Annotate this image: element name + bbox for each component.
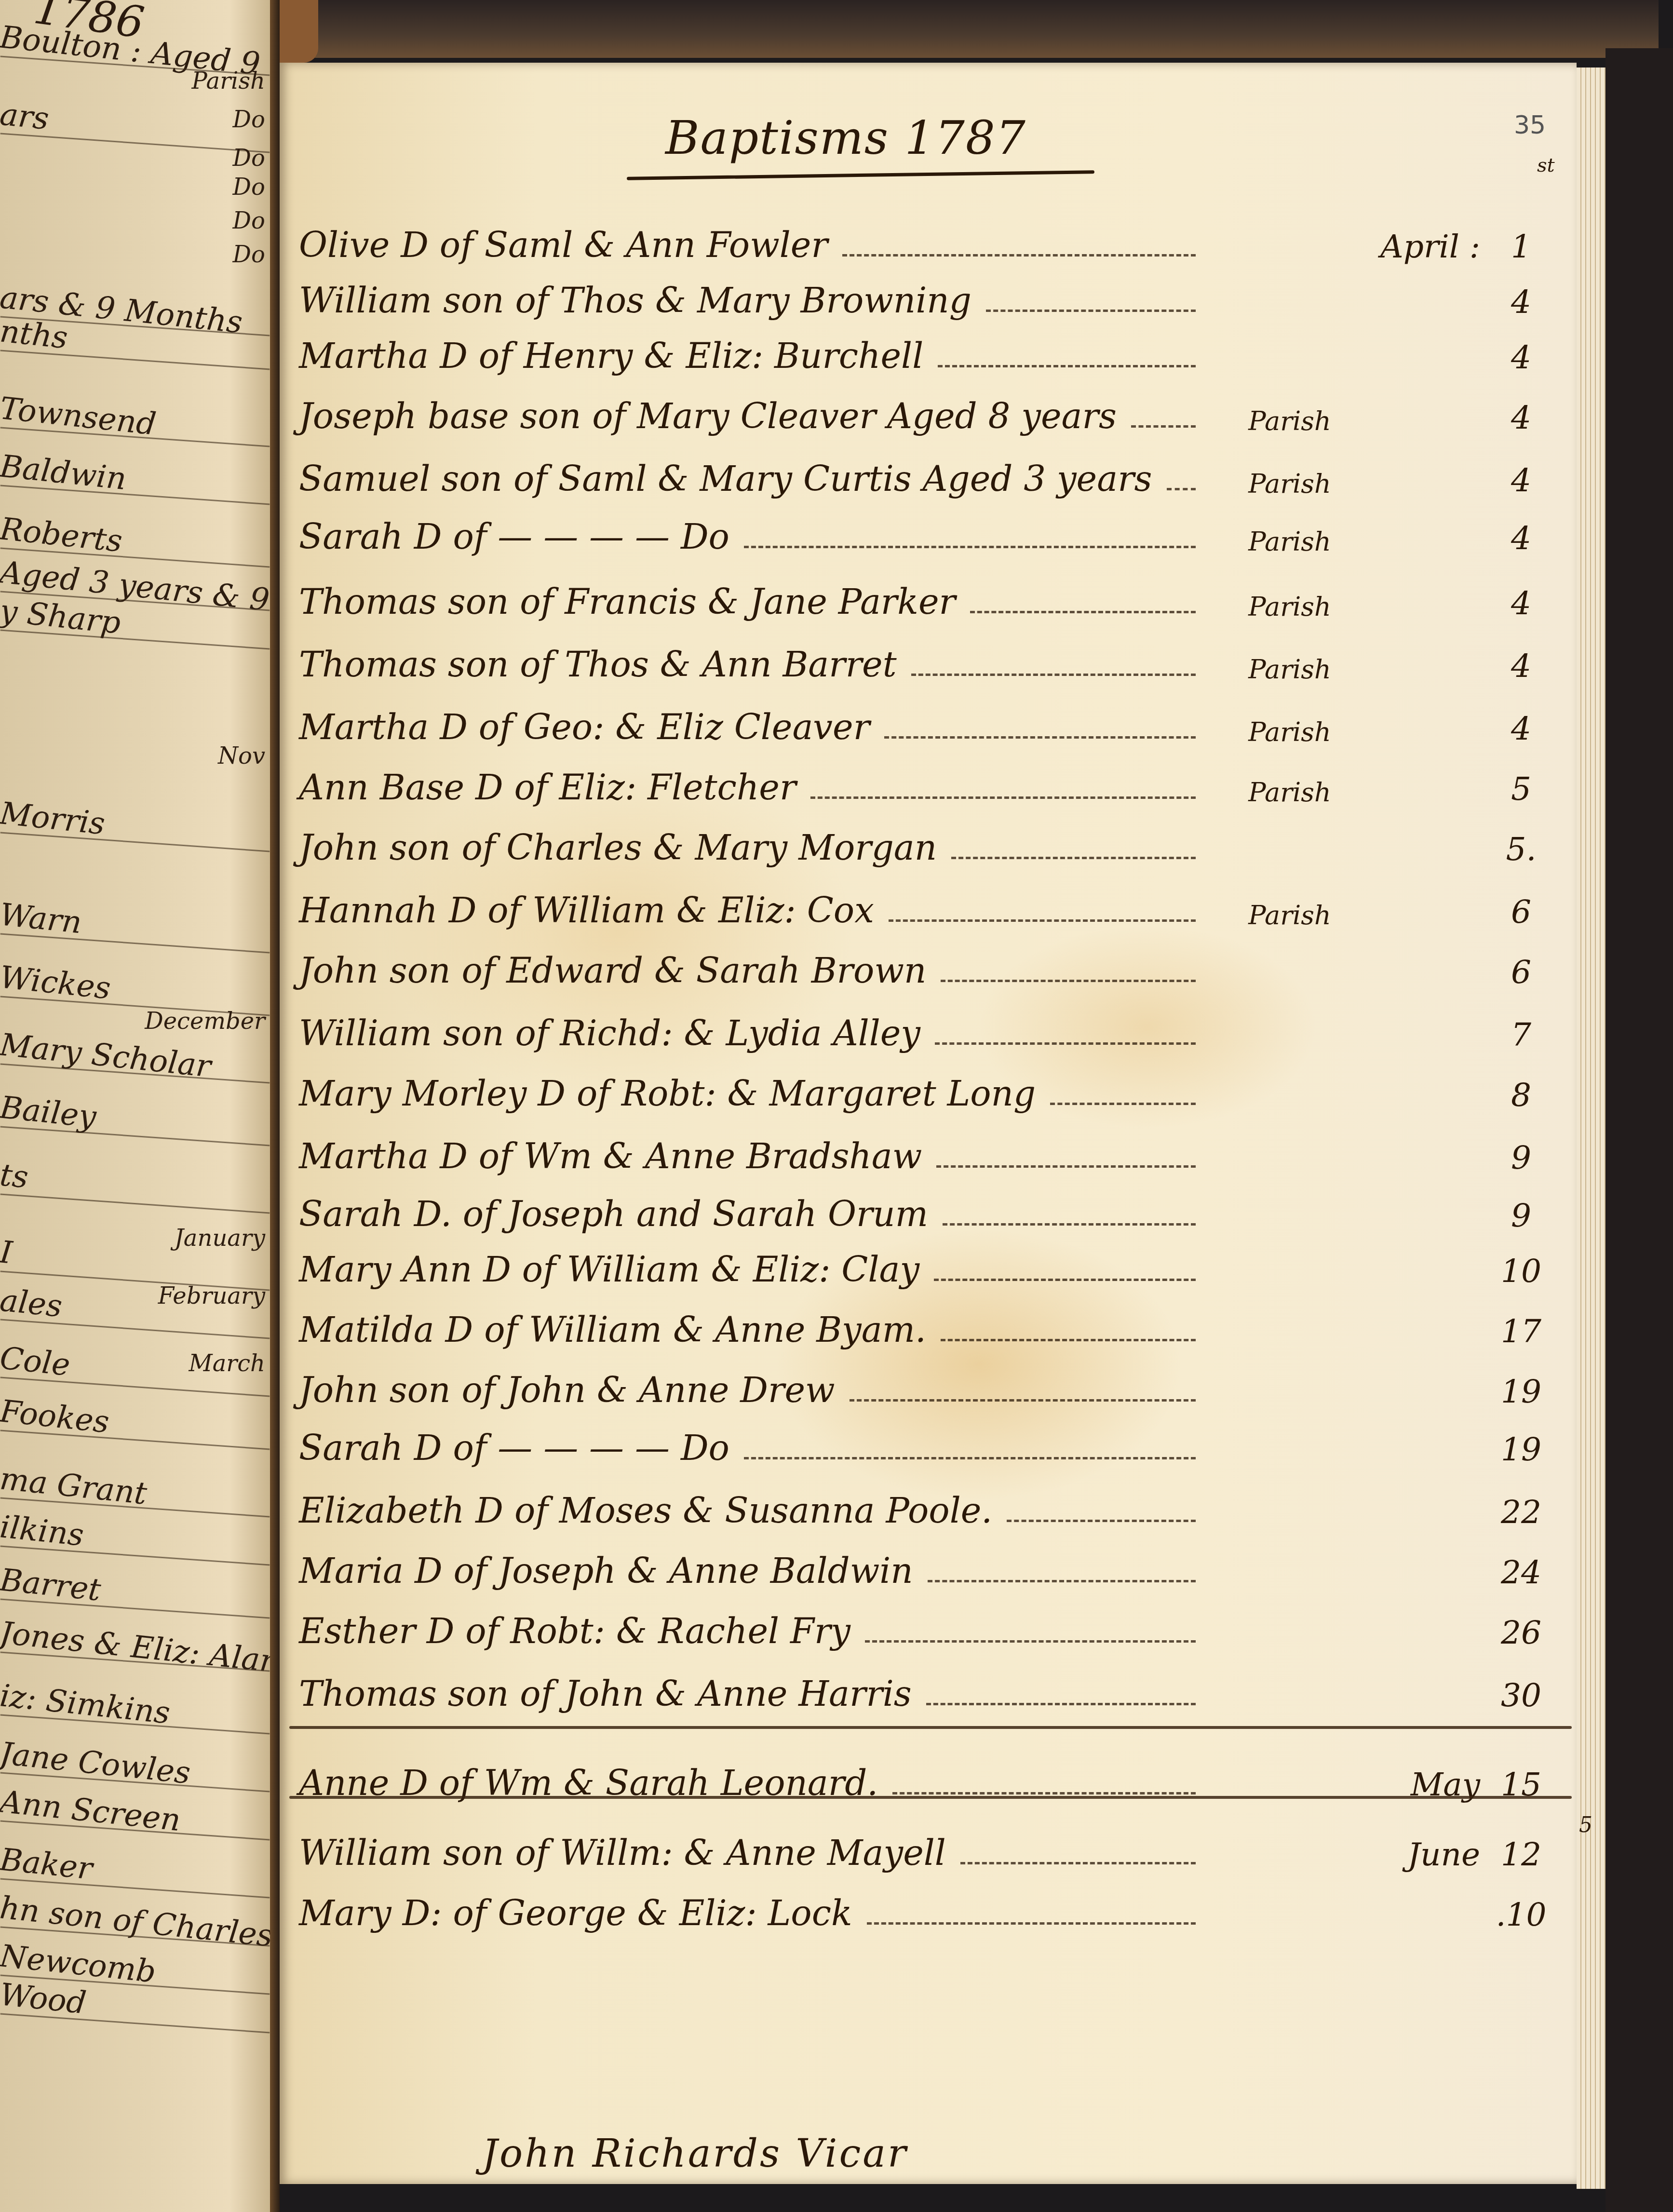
dash-leader: [928, 1580, 1196, 1582]
baptism-entry: Matilda D of William & Anne Byam.17: [299, 1287, 1552, 1350]
entry-name-text: William son of Richd: & Lydia Alley: [299, 1013, 920, 1053]
dash-leader: [970, 611, 1196, 613]
left-page-date: Do: [233, 207, 265, 234]
folio-number: 35: [1514, 111, 1546, 140]
ruled-line: [0, 832, 270, 852]
book-cover-top-edge: [212, 0, 1659, 58]
entry-day: 30: [1490, 1677, 1552, 1714]
parish-note: Parish: [1210, 900, 1369, 931]
baptism-entry: Mary Ann D of William & Eliz: Clay10: [299, 1227, 1552, 1290]
entry-day: 4: [1490, 585, 1552, 622]
dash-leader: [842, 254, 1196, 256]
dash-leader: [810, 796, 1196, 799]
baptism-entry: Joseph base son of Mary Cleaver Aged 8 y…: [299, 374, 1552, 436]
entry-name-text: Martha D of Geo: & Eliz Cleaver: [299, 707, 870, 747]
ruled-line: [0, 133, 270, 153]
baptism-entry: William son of Richd: & Lydia Alley7: [299, 991, 1552, 1053]
left-page-entry: ales: [0, 1282, 64, 1324]
left-page-date: Do: [233, 106, 265, 133]
left-page-entry: Cole: [0, 1340, 72, 1383]
entry-day: .10: [1490, 1896, 1552, 1933]
dash-leader: [884, 736, 1196, 739]
left-page-entry: iz: Simkins: [0, 1678, 172, 1731]
parish-note: Parish: [1210, 777, 1369, 808]
left-page-entry: Jones & Eliz: Alan: [0, 1615, 273, 1680]
baptism-entry: Ann Base D of Eliz: FletcherParish5: [299, 745, 1552, 808]
left-page-entry: nths: [0, 313, 69, 356]
left-page-date: Parish: [191, 67, 265, 94]
dash-leader: [960, 1862, 1196, 1864]
entry-day: 7: [1490, 1016, 1552, 1053]
entry-name-text: Maria D of Joseph & Anne Baldwin: [299, 1551, 913, 1591]
entry-name-text: Joseph base son of Mary Cleaver Aged 8 y…: [299, 396, 1117, 436]
month-divider-line: [289, 1796, 1572, 1799]
ruled-line: [0, 350, 270, 370]
dash-leader: [935, 1042, 1196, 1045]
dash-leader: [892, 1792, 1196, 1794]
margin-mark: 5: [1579, 1813, 1592, 1837]
entry-day: 10: [1490, 1253, 1552, 1290]
left-page-date: Nov: [218, 742, 265, 769]
baptism-entry: William son of Willm: & Anne MayellJune1…: [299, 1810, 1552, 1873]
left-page-entry: ts: [0, 1157, 30, 1196]
entry-day: 4: [1490, 339, 1552, 376]
baptism-entry: Maria D of Joseph & Anne Baldwin24: [299, 1528, 1552, 1591]
entry-day: 4: [1490, 710, 1552, 747]
ruled-line: [0, 1126, 270, 1146]
entry-name-text: Thomas son of Francis & Jane Parker: [299, 581, 956, 622]
baptism-entry: William son of Thos & Mary Browning4: [299, 258, 1552, 321]
parish-note: Parish: [1210, 717, 1369, 747]
entry-day: 4: [1490, 520, 1552, 557]
entry-name-text: John son of Charles & Mary Morgan: [299, 827, 937, 868]
baptism-entry: Sarah D of — — — — Do19: [299, 1405, 1552, 1468]
entry-day: 4: [1490, 399, 1552, 436]
ruled-line: [0, 629, 270, 649]
left-page-date: January: [175, 1225, 265, 1252]
baptism-entry: Elizabeth D of Moses & Susanna Poole.22: [299, 1468, 1552, 1531]
entry-day: 5.: [1490, 831, 1552, 868]
entry-day: 5: [1490, 770, 1552, 808]
baptism-entry: Olive D of Saml & Ann FowlerApril :1: [299, 202, 1552, 265]
entry-month: June: [1369, 1836, 1480, 1873]
entry-name-text: Thomas son of John & Anne Harris: [299, 1673, 912, 1714]
day-ordinal-suffix: st: [1537, 154, 1555, 176]
entry-name-text: Martha D of Wm & Anne Bradshaw: [299, 1136, 922, 1176]
left-page-entry: Jane Cowles: [0, 1736, 192, 1791]
book-cover-right-edge: [1606, 48, 1673, 2212]
ruled-line: [0, 1598, 270, 1619]
entry-name-text: John son of John & Anne Drew: [299, 1370, 835, 1410]
left-page-date: Do: [233, 241, 265, 268]
left-page-entry: Townsend: [0, 391, 158, 443]
entry-name-text: Esther D of Robt: & Rachel Fry: [299, 1611, 850, 1651]
entry-name-text: Samuel son of Saml & Mary Curtis Aged 3 …: [299, 459, 1152, 499]
parish-note: Parish: [1210, 654, 1369, 685]
entry-name-text: Mary Morley D of Robt: & Margaret Long: [299, 1073, 1036, 1114]
baptism-entry: Martha D of Wm & Anne Bradshaw9: [299, 1114, 1552, 1176]
left-page-date: December: [145, 1008, 265, 1035]
dash-leader: [865, 1640, 1196, 1643]
left-page-entry: ma Grant: [0, 1461, 148, 1512]
parish-note: Parish: [1210, 406, 1369, 436]
baptism-entry: Thomas son of John & Anne Harris30: [299, 1651, 1552, 1714]
baptism-entry: Anne D of Wm & Sarah Leonard.May15: [299, 1740, 1552, 1803]
dash-leader: [1131, 425, 1196, 428]
entry-day: 9: [1490, 1139, 1552, 1176]
baptism-entry: Samuel son of Saml & Mary Curtis Aged 3 …: [299, 436, 1552, 499]
entry-day: 19: [1490, 1373, 1552, 1410]
entry-name-text: Martha D of Henry & Eliz: Burchell: [299, 336, 923, 376]
entry-name-text: Sarah D of — — — — Do: [299, 1428, 729, 1468]
left-page-entry: Barret: [0, 1562, 103, 1608]
entry-day: 6: [1490, 893, 1552, 931]
ruled-line: [0, 1193, 270, 1214]
dash-leader: [986, 310, 1196, 312]
dash-leader: [850, 1399, 1196, 1402]
entry-day: 4: [1490, 462, 1552, 499]
book-gutter: [270, 0, 280, 2212]
entry-day: 24: [1490, 1554, 1552, 1591]
parish-note: Parish: [1210, 526, 1369, 557]
entry-name-text: William son of Willm: & Anne Mayell: [299, 1833, 946, 1873]
left-page-entry: Ann Screen: [0, 1784, 182, 1838]
baptism-entry: Martha D of Henry & Eliz: Burchell4: [299, 313, 1552, 376]
entry-name-text: Mary D: of George & Eliz: Lock: [299, 1893, 852, 1933]
dash-leader: [1167, 488, 1196, 490]
baptism-entry: Thomas son of Thos & Ann BarretParish4: [299, 622, 1552, 685]
left-page-date: February: [158, 1282, 265, 1309]
entry-day: 12: [1490, 1836, 1552, 1873]
ruled-line: [0, 1376, 270, 1397]
baptism-entry: John son of John & Anne Drew19: [299, 1348, 1552, 1410]
parish-note: Parish: [1210, 592, 1369, 622]
left-page-date: Do: [233, 174, 265, 201]
vicar-signature: John Richards Vicar: [482, 2131, 908, 2176]
baptism-entry: Thomas son of Francis & Jane ParkerParis…: [299, 559, 1552, 622]
baptism-entry: Sarah D of — — — — DoParish4: [299, 494, 1552, 557]
entry-day: 6: [1490, 954, 1552, 991]
left-page-date: Do: [233, 145, 265, 172]
entry-day: 8: [1490, 1077, 1552, 1114]
dash-leader: [941, 1339, 1196, 1341]
entry-name-text: Matilda D of William & Anne Byam.: [299, 1309, 926, 1350]
dash-leader: [936, 1165, 1196, 1168]
entry-day: 19: [1490, 1431, 1552, 1468]
dash-leader: [744, 546, 1196, 548]
ruled-line: [0, 1319, 270, 1339]
dash-leader: [934, 1279, 1196, 1281]
entry-day: 17: [1490, 1313, 1552, 1350]
dash-leader: [938, 365, 1196, 367]
dash-leader: [744, 1457, 1196, 1459]
baptism-entry: Mary D: of George & Eliz: Lock.10: [299, 1871, 1552, 1933]
entry-name-text: Elizabeth D of Moses & Susanna Poole.: [299, 1490, 992, 1531]
entry-name-text: Thomas son of Thos & Ann Barret: [299, 644, 897, 685]
dash-leader: [1050, 1103, 1196, 1105]
page-title: Baptisms 1787: [665, 111, 1026, 165]
left-facing-page: 1786 Boulton : Aged 9 Years : Octoarsars…: [0, 0, 273, 2212]
dash-leader: [926, 1703, 1196, 1705]
dash-leader: [1007, 1520, 1196, 1522]
dash-leader: [941, 980, 1196, 982]
baptism-entry: John son of Charles & Mary Morgan5.: [299, 805, 1552, 868]
baptism-entry: Mary Morley D of Robt: & Margaret Long8: [299, 1051, 1552, 1114]
ruled-line: [0, 933, 270, 953]
entry-name-text: John son of Edward & Sarah Brown: [299, 950, 926, 991]
entry-day: 4: [1490, 647, 1552, 685]
month-divider-line: [289, 1726, 1572, 1729]
entry-name-text: Sarah D of — — — — Do: [299, 516, 729, 557]
baptism-entry: John son of Edward & Sarah Brown6: [299, 928, 1552, 991]
ruled-line: [0, 1545, 270, 1565]
baptism-entry: Martha D of Geo: & Eliz CleaverParish4: [299, 685, 1552, 747]
dash-leader: [911, 674, 1196, 676]
left-page-date: March: [189, 1350, 265, 1377]
baptism-entry: Sarah D. of Joseph and Sarah Orum9: [299, 1172, 1552, 1234]
baptism-entry: Esther D of Robt: & Rachel Fry26: [299, 1589, 1552, 1651]
dash-leader: [867, 1922, 1196, 1925]
ruled-line: [0, 485, 270, 505]
left-page-entry: I: [0, 1234, 14, 1271]
entry-name-text: Ann Base D of Eliz: Fletcher: [299, 767, 796, 808]
ruled-line: [0, 1430, 270, 1450]
entry-name-text: Hannah D of William & Eliz: Cox: [299, 890, 874, 931]
stacked-page-edges: [1577, 67, 1606, 2189]
ruled-line: [0, 2013, 270, 2033]
entry-day: 22: [1490, 1494, 1552, 1531]
dash-leader: [951, 857, 1196, 859]
baptism-entry: Hannah D of William & Eliz: CoxParish6: [299, 868, 1552, 931]
left-page-entry: ars: [0, 96, 51, 137]
dash-leader: [889, 919, 1196, 922]
dash-leader: [943, 1223, 1196, 1226]
entry-name-text: Mary Ann D of William & Eliz: Clay: [299, 1249, 919, 1290]
entry-day: 26: [1490, 1614, 1552, 1651]
